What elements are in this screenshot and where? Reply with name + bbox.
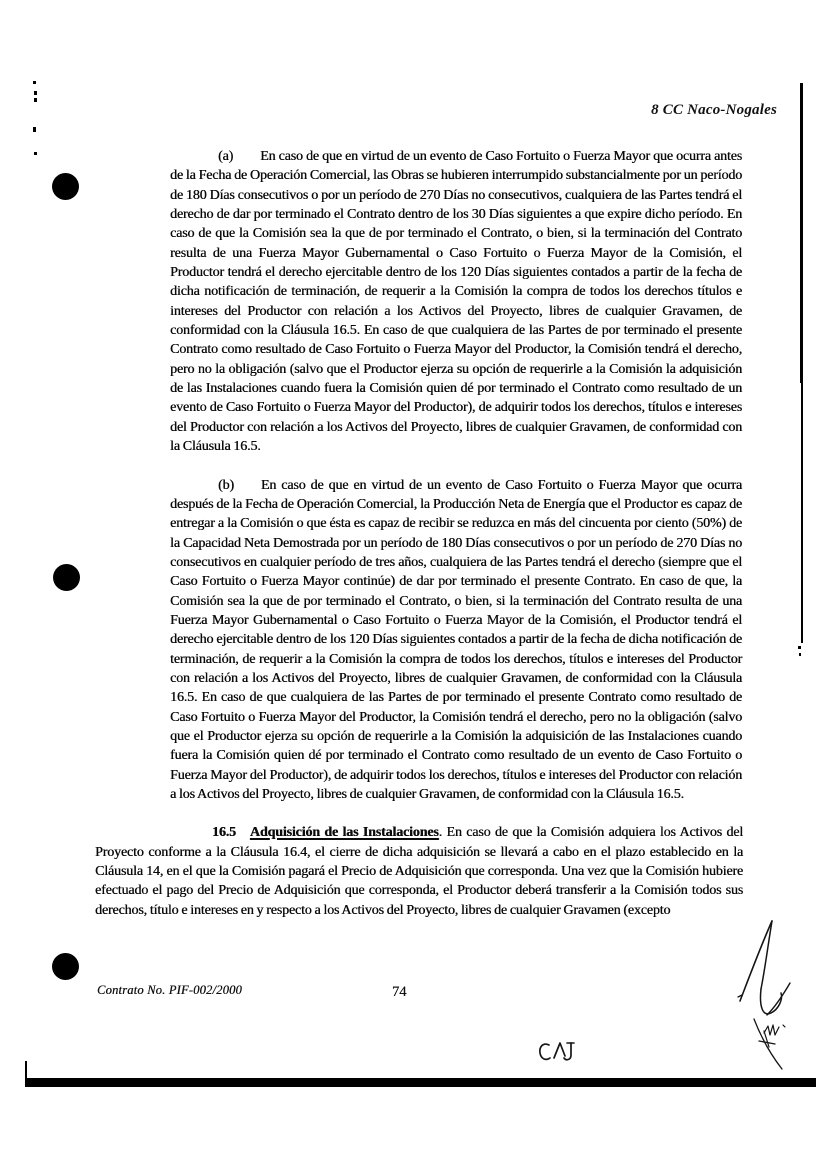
paragraph-a-label: (a) — [218, 149, 260, 164]
scan-right-edge-line — [801, 383, 803, 643]
page-number: 74 — [392, 984, 407, 1001]
scan-speck — [798, 646, 801, 649]
contract-body: (a)En caso de que en virtud de un evento… — [0, 147, 828, 920]
handwritten-signature — [733, 913, 825, 1075]
hole-punch-dot — [52, 173, 79, 200]
hole-punch-dot — [52, 953, 79, 980]
section-16-5: 16.5Adquisición de las Instalaciones. En… — [95, 823, 743, 920]
clause-number: 16.5 — [212, 825, 250, 840]
scan-speck — [33, 127, 36, 132]
paragraph-a: (a)En caso de que en virtud de un evento… — [170, 147, 742, 457]
scan-speck — [799, 653, 801, 656]
scanned-contract-page: 8 CC Naco-Nogales (a)En caso de que en v… — [0, 0, 828, 1169]
scan-speck — [34, 152, 37, 155]
handwritten-initials — [537, 1038, 579, 1066]
scan-bottom-bar — [25, 1078, 816, 1087]
scan-speck — [25, 1061, 27, 1078]
scan-speck — [34, 91, 37, 95]
paragraph-b-label: (b) — [218, 478, 261, 493]
scan-right-edge-line — [800, 83, 803, 383]
hole-punch-dot — [53, 564, 80, 591]
header-document-reference: 8 CC Naco-Nogales — [651, 102, 777, 119]
paragraph-b-text: En caso de que en virtud de un evento de… — [170, 478, 742, 803]
scan-speck — [33, 81, 36, 84]
clause-heading: Adquisición de las Instalaciones — [250, 825, 439, 840]
footer-contract-number: Contrato No. PIF-002/2000 — [97, 983, 242, 998]
scan-speck — [34, 98, 37, 102]
paragraph-a-text: En caso de que en virtud de un evento de… — [170, 149, 742, 454]
paragraph-b: (b)En caso de que en virtud de un evento… — [170, 476, 742, 805]
